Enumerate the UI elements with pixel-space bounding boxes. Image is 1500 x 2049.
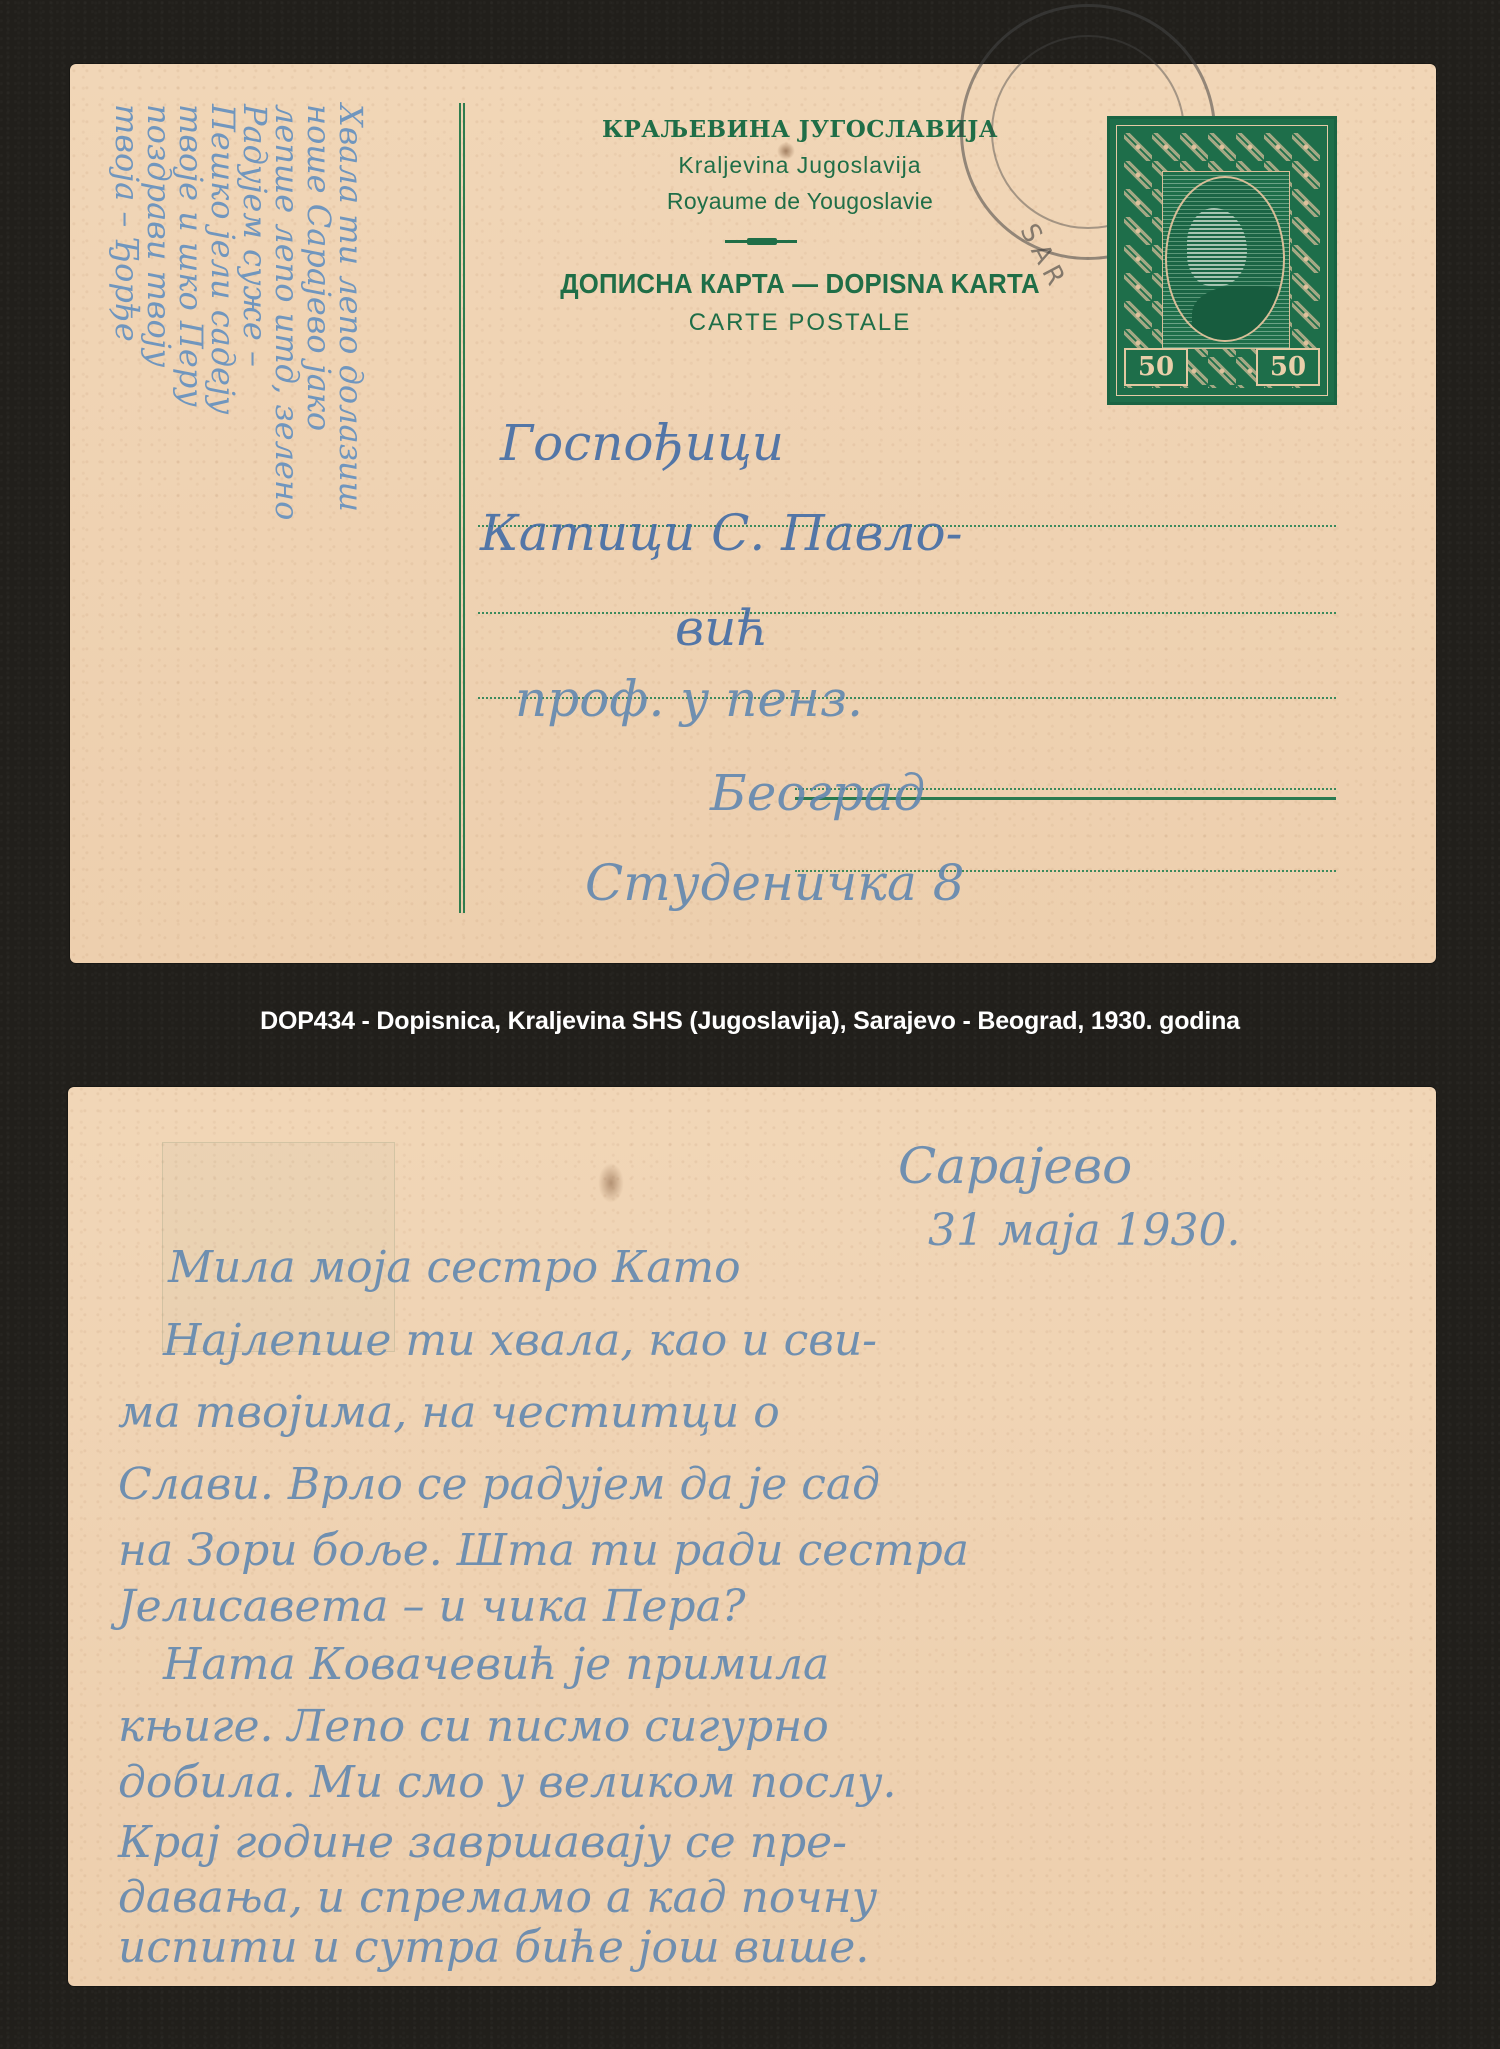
postage-stamp: 50 50 xyxy=(1107,116,1337,405)
portrait-shoulders xyxy=(1192,286,1285,342)
letter-line: Слави. Врло се радујем да је сад xyxy=(118,1459,880,1510)
card-subtitle: CARTE POSTALE xyxy=(470,309,1130,337)
address-line xyxy=(478,612,1336,614)
letter-place: Сарајево xyxy=(898,1137,1132,1195)
letter-line: Јелисавета – и чика Пера? xyxy=(118,1581,745,1632)
letter-line: књиге. Лепо си писмо сигурно xyxy=(118,1701,829,1752)
side-message: Хвала ти лепо долазиш ноше Сарајево јако… xyxy=(70,64,450,963)
letter-date: 31 маја 1930. xyxy=(928,1205,1241,1256)
address-street: Студеничка 8 xyxy=(585,854,965,912)
postcard-back: Сарајево 31 маја 1930. Мила моја сестро … xyxy=(68,1087,1436,1986)
stain-spot xyxy=(598,1163,624,1203)
vertical-divider xyxy=(459,103,465,913)
address-city: Београд xyxy=(710,764,925,822)
letter-line: ма твојима, на честитци о xyxy=(118,1387,780,1438)
letter-line: на Зори боље. Шта ти ради сестра xyxy=(118,1525,969,1576)
side-message-line: твоја – Ђорђе xyxy=(108,104,146,342)
ornament-divider xyxy=(725,240,797,243)
letter-line: добила. Ми смо у великом послу. xyxy=(118,1757,897,1808)
letter-line: Ната Ковачевић је примила xyxy=(163,1639,829,1690)
stamp-value-left: 50 xyxy=(1124,348,1188,386)
king-portrait-icon xyxy=(1165,176,1285,342)
letter-line: Мила моја сестро Като xyxy=(168,1242,741,1293)
letter-line: давања, и спремамо а кад почну xyxy=(118,1872,877,1923)
letter-line: Крај године завршавају се пре- xyxy=(118,1817,847,1868)
portrait-head xyxy=(1187,208,1247,286)
letter-line: Најлепше ти хвала, као и сви- xyxy=(163,1315,877,1366)
address-name-cont: вић xyxy=(675,599,769,657)
address-name: Катици С. Павло- xyxy=(480,504,963,562)
stamp-portrait-frame xyxy=(1162,171,1290,349)
address-title: проф. у пенз. xyxy=(515,670,863,728)
card-title: ДОПИСНА КАРТА — DOPISNA KARTA xyxy=(496,268,1103,300)
caption: DOP434 - Dopisnica, Kraljevina SHS (Jugo… xyxy=(0,1007,1500,1036)
stamp-value-right: 50 xyxy=(1256,348,1320,386)
address-salutation: Госпођици xyxy=(500,414,784,472)
letter-line: испити и сутра биће још више. xyxy=(118,1922,869,1973)
postcard-front: Хвала ти лепо долазиш ноше Сарајево јако… xyxy=(70,64,1436,963)
